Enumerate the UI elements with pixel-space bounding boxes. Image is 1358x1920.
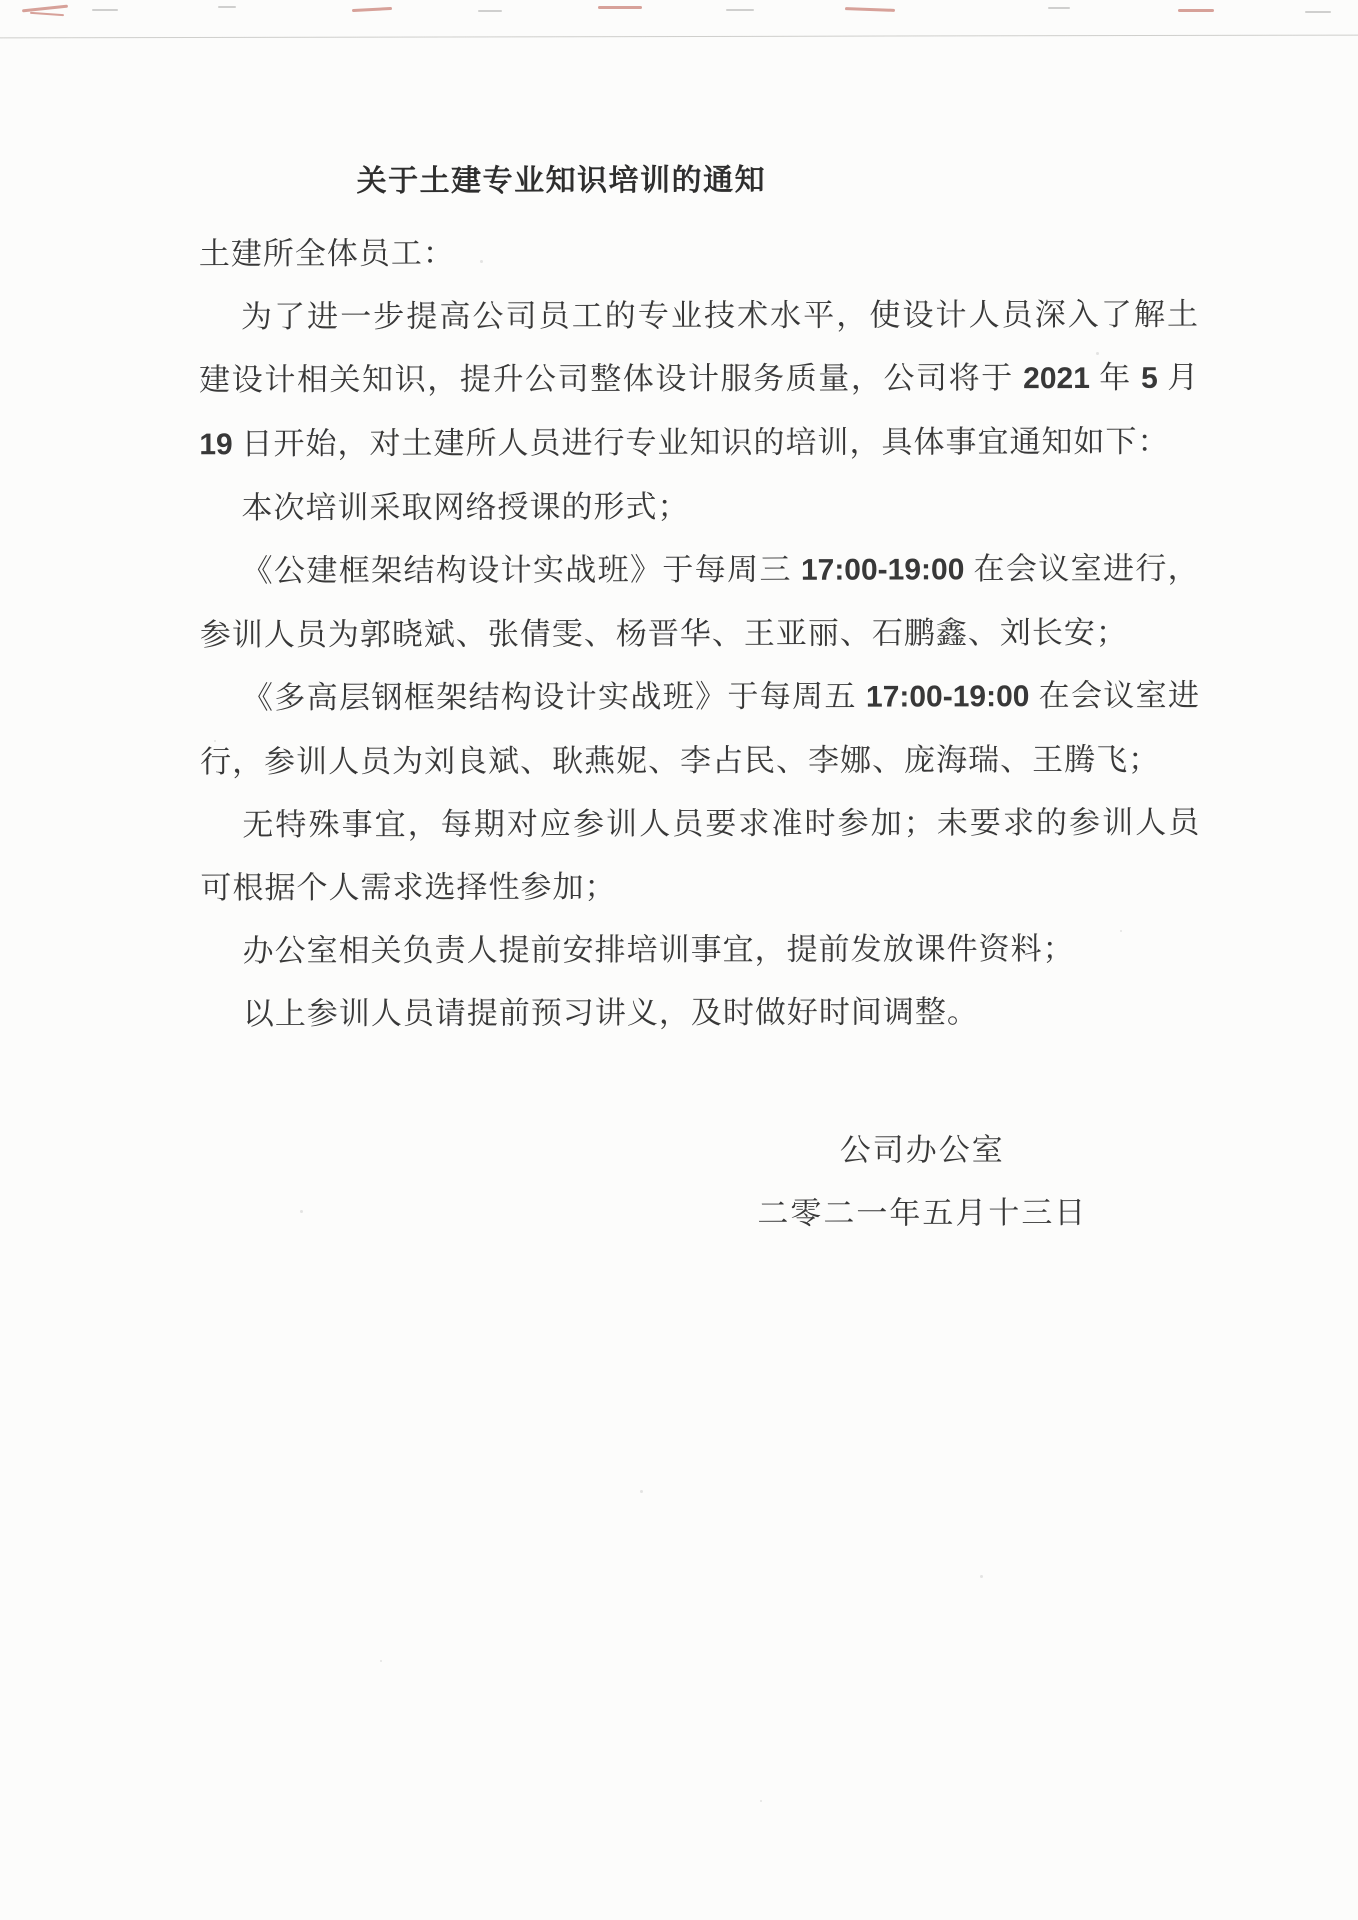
paper-speck [980,1575,983,1578]
scan-artifact [1048,7,1070,9]
paper-speck [380,1660,382,1662]
scan-artifact [30,12,64,16]
notice-document: 关于土建专业知识培训的通知 土建所全体员工： 为了进一步提高公司员工的专业技术水… [199,155,1202,1247]
scan-artifact [1178,9,1214,12]
scanned-document-page: 关于土建专业知识培训的通知 土建所全体员工： 为了进一步提高公司员工的专业技术水… [0,0,1358,1920]
scan-artifact [726,9,754,11]
paragraph-office-duty: 办公室相关负责人提前安排培训事宜，提前发放课件资料； [201,917,1201,983]
paragraph-intro: 为了进一步提高公司员工的专业技术水平，使设计人员深入了解土建设计相关知识，提升公… [199,283,1199,477]
paragraph-class-1: 《公建框架结构设计实战班》于每周三 17:00-19:00 在会议室进行，参训人… [200,537,1200,667]
scan-artifact [1305,11,1331,13]
paragraph-class-2: 《多高层钢框架结构设计实战班》于每周五 17:00-19:00 在会议室进行，参… [200,664,1200,794]
paragraph-attendance: 无特殊事宜，每期对应参训人员要求准时参加；未要求的参训人员可根据个人需求选择性参… [200,791,1200,920]
paper-speck [760,1800,762,1802]
salutation: 土建所全体员工： [199,220,1199,286]
scan-artifact [92,9,118,11]
signature-org: 公司办公室 [757,1118,1087,1182]
paragraph-format: 本次培训采取网络授课的形式； [199,474,1199,540]
document-title: 关于土建专业知识培训的通知 [357,155,1199,207]
scan-fold-line [0,35,1358,39]
scan-artifact [478,10,502,12]
scan-artifact [352,7,392,12]
scan-artifact [845,7,895,12]
signature-date: 二零二一年五月十三日 [757,1181,1087,1245]
scan-artifact [598,6,642,9]
signature-block: 公司办公室 二零二一年五月十三日 [757,1118,1087,1245]
paragraph-preparation: 以上参训人员请提前预习讲义，及时做好时间调整。 [201,980,1201,1046]
scan-artifact [22,5,68,13]
document-body: 土建所全体员工： 为了进一步提高公司员工的专业技术水平，使设计人员深入了解土建设… [199,220,1201,1046]
paper-speck [640,1490,643,1493]
scan-artifact [218,6,236,8]
